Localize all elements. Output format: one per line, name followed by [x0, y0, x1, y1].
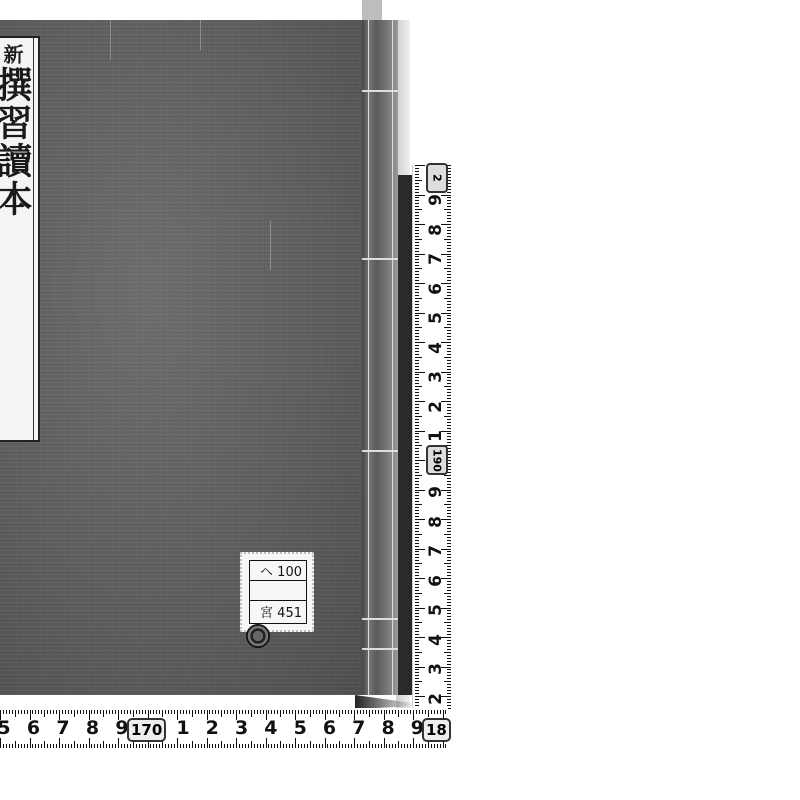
ruler-tick — [415, 531, 419, 532]
ruler-tick — [415, 619, 419, 620]
ruler-tick — [447, 575, 451, 576]
ruler-tick — [333, 744, 334, 748]
ruler-tick — [268, 710, 269, 714]
book-spine-binding — [362, 20, 398, 695]
ruler-tick — [415, 392, 419, 393]
ruler-tick — [91, 744, 92, 748]
ruler-tick — [447, 596, 451, 597]
ruler-tick — [415, 301, 419, 302]
ruler-tick — [133, 710, 134, 717]
ruler-tick — [27, 710, 28, 714]
ruler-tick — [415, 256, 419, 257]
ruler-tick — [415, 413, 419, 414]
ruler-tick — [415, 310, 419, 311]
ruler-tick — [415, 637, 425, 638]
ruler-tick — [192, 741, 193, 748]
ruler-tick — [378, 744, 379, 748]
ruler-tick — [415, 195, 425, 196]
ruler-tick — [224, 710, 225, 714]
ruler-tick — [447, 425, 451, 426]
ruler-tick — [130, 710, 131, 714]
ruler-tick — [447, 289, 451, 290]
ruler-tick — [80, 744, 81, 748]
ruler-tick — [447, 525, 451, 526]
ruler-tick — [18, 744, 19, 748]
ruler-tick — [447, 200, 451, 201]
ruler-tick — [415, 389, 419, 390]
ruler-tick — [251, 710, 252, 717]
ruler-tick — [447, 658, 451, 659]
ruler-tick — [336, 744, 337, 748]
ruler-tick — [415, 543, 419, 544]
ruler-tick — [56, 710, 57, 714]
ruler-tick — [447, 192, 451, 193]
ruler-tick — [415, 174, 419, 175]
ruler-tick — [242, 744, 243, 748]
ruler-tick — [447, 487, 451, 488]
ruler-tick — [447, 584, 451, 585]
ruler-tick — [30, 738, 31, 748]
ruler-tick — [415, 192, 419, 193]
title-char: 習 — [0, 104, 33, 142]
ruler-tick — [201, 710, 202, 714]
ruler-tick — [415, 433, 419, 434]
ruler-tick — [410, 744, 411, 748]
ruler-tick — [415, 298, 422, 299]
ruler-tick — [447, 693, 451, 694]
ruler-tick — [327, 744, 328, 748]
ruler-tick — [177, 738, 178, 748]
ruler-tick — [444, 681, 451, 682]
ruler-tick — [415, 330, 419, 331]
ruler-tick — [221, 710, 222, 717]
ruler-tick — [415, 560, 419, 561]
ruler-tick — [415, 454, 419, 455]
ruler-tick — [268, 744, 269, 748]
ruler-tick — [447, 419, 451, 420]
ruler-tick — [447, 345, 451, 346]
ruler-tick — [12, 710, 13, 714]
ruler-tick — [415, 669, 419, 670]
ruler-tick — [415, 404, 419, 405]
ruler-tick — [24, 710, 25, 714]
ruler-tick — [127, 744, 128, 748]
ruler-tick — [447, 610, 451, 611]
ruler-tick — [86, 710, 87, 714]
ruler-tick — [9, 710, 10, 714]
ruler-tick — [415, 557, 419, 558]
ruler-number: 4 — [426, 630, 446, 650]
ruler-tick — [404, 710, 405, 714]
ruler-tick — [447, 245, 451, 246]
ruler-tick — [15, 741, 16, 748]
ruler-tick — [437, 710, 438, 714]
ruler-tick — [415, 203, 419, 204]
ruler-tick — [447, 398, 451, 399]
ruler-tick — [447, 369, 451, 370]
ruler-tick — [221, 741, 222, 748]
ruler-tick — [415, 478, 419, 479]
ruler-tick — [209, 710, 210, 714]
ruler-tick — [156, 744, 157, 748]
ruler-tick — [415, 690, 419, 691]
ruler-tick — [245, 744, 246, 748]
ruler-tick — [401, 744, 402, 748]
ruler-number: 3 — [426, 659, 446, 679]
ruler-tick — [289, 744, 290, 748]
ruler-tick — [444, 475, 451, 476]
ruler-tick — [204, 744, 205, 748]
ruler-tick — [21, 744, 22, 748]
ruler-tick — [212, 744, 213, 748]
ruler-tick — [242, 710, 243, 714]
ruler-tick — [186, 710, 187, 714]
ruler-tick — [447, 363, 451, 364]
ruler-tick — [115, 744, 116, 748]
ruler-tick — [444, 593, 451, 594]
ruler-tick — [398, 741, 399, 748]
ruler-tick — [447, 374, 451, 375]
ruler-tick — [415, 363, 419, 364]
ruler-tick — [447, 554, 451, 555]
ruler-tick — [56, 744, 57, 748]
ruler-tick — [447, 395, 451, 396]
ruler-tick — [447, 664, 451, 665]
ruler-number: 1 — [426, 426, 446, 446]
ruler-tick — [263, 710, 264, 714]
ruler-tick — [389, 744, 390, 748]
ruler-tick — [348, 710, 349, 714]
ruler-tick — [245, 710, 246, 714]
ruler-tick — [422, 744, 423, 748]
ruler-tick — [280, 710, 281, 717]
ruler-tick — [142, 744, 143, 748]
ruler-tick — [447, 206, 451, 207]
ruler-tick — [447, 380, 451, 381]
ruler-tick — [277, 710, 278, 714]
ruler-tick — [415, 251, 419, 252]
ruler-tick — [415, 289, 419, 290]
ruler-tick — [415, 687, 419, 688]
scratch — [200, 20, 201, 50]
ruler-tick — [434, 710, 435, 714]
ruler-tick — [415, 646, 419, 647]
ruler-tick — [357, 710, 358, 714]
ruler-tick — [183, 744, 184, 748]
ruler-tick — [339, 741, 340, 748]
ruler-tick — [447, 310, 451, 311]
ruler-tick — [171, 744, 172, 748]
ruler-tick — [415, 566, 419, 567]
ruler-tick — [447, 678, 451, 679]
ruler-tick — [333, 710, 334, 714]
ruler-tick — [89, 738, 90, 748]
ruler-tick — [316, 710, 317, 714]
ruler-tick — [44, 741, 45, 748]
ruler-tick — [415, 274, 419, 275]
ruler-tick — [386, 744, 387, 748]
ruler-tick — [415, 215, 419, 216]
ruler-tick — [447, 242, 451, 243]
ruler-tick — [415, 625, 419, 626]
ruler-tick — [192, 710, 193, 717]
ruler-tick — [416, 744, 417, 748]
ruler-tick — [447, 522, 451, 523]
ruler-tick — [415, 372, 425, 373]
ruler-tick — [415, 492, 419, 493]
ruler-tick — [327, 710, 328, 714]
ruler-tick — [53, 744, 54, 748]
ruler-tick — [415, 475, 422, 476]
ruler-tick — [165, 710, 166, 714]
ruler-tick — [415, 610, 419, 611]
ruler-tick — [100, 744, 101, 748]
ruler-tick — [447, 265, 451, 266]
ruler-tick — [447, 315, 451, 316]
ruler-tick — [204, 710, 205, 714]
ruler-tick — [415, 628, 419, 629]
binding-stitch — [362, 648, 398, 650]
ruler-tick — [415, 608, 425, 609]
ruler-number: 9 — [426, 190, 446, 210]
ruler-tick — [15, 710, 16, 717]
ruler-tick — [375, 744, 376, 748]
ruler-tick — [298, 710, 299, 714]
ruler-tick — [124, 710, 125, 714]
ruler-tick — [215, 744, 216, 748]
ruler-tick — [447, 540, 451, 541]
ruler-tick — [372, 710, 373, 714]
ruler-tick — [415, 540, 419, 541]
ruler-tick — [447, 295, 451, 296]
ruler-tick — [145, 710, 146, 714]
ruler-tick — [389, 710, 390, 714]
ruler-tick — [447, 649, 451, 650]
ruler-tick — [415, 431, 425, 432]
ruler-tick — [415, 171, 419, 172]
ruler-tick — [447, 672, 451, 673]
ruler-tick — [415, 283, 425, 284]
ruler-tick — [212, 710, 213, 714]
ruler-tick — [447, 436, 451, 437]
ruler-tick — [354, 738, 355, 748]
ruler-tick — [71, 710, 72, 714]
ruler-tick — [447, 643, 451, 644]
ruler-tick — [440, 710, 441, 714]
ruler-tick — [360, 744, 361, 748]
ruler-number: 5 — [0, 717, 14, 739]
ruler-tick — [415, 304, 419, 305]
ruler-tick — [150, 744, 151, 748]
ruler-tick — [447, 498, 451, 499]
ruler-tick — [381, 710, 382, 714]
ruler-tick — [415, 504, 422, 505]
ruler-tick — [207, 738, 208, 748]
ruler-tick — [447, 274, 451, 275]
ruler-number: 1 — [173, 717, 193, 739]
ruler-tick — [384, 738, 385, 748]
ruler-tick — [162, 710, 163, 717]
ruler-tick — [139, 744, 140, 748]
ruler-tick — [415, 233, 419, 234]
ruler-tick — [198, 710, 199, 714]
ruler-tick — [415, 602, 419, 603]
vertical-ruler: 298765432119098765432 — [412, 165, 453, 710]
ruler-tick — [251, 741, 252, 748]
ruler-tick — [444, 622, 451, 623]
ruler-tick — [209, 744, 210, 748]
ruler-tick — [447, 404, 451, 405]
ruler-tick — [447, 318, 451, 319]
ruler-tick — [83, 744, 84, 748]
ruler-tick — [415, 469, 419, 470]
ruler-tick — [415, 436, 419, 437]
ruler-tick — [189, 710, 190, 714]
ruler-tick — [447, 197, 451, 198]
ruler-tick — [233, 710, 234, 714]
ruler-number: 3 — [232, 717, 252, 739]
ruler-tick — [415, 549, 425, 550]
ruler-tick — [415, 681, 422, 682]
ruler-tick — [153, 744, 154, 748]
ruler-tick — [398, 710, 399, 717]
ruler-tick — [94, 710, 95, 714]
ruler-number: 9 — [426, 482, 446, 502]
ruler-tick — [447, 233, 451, 234]
ruler-tick — [447, 428, 451, 429]
ruler-tick — [415, 537, 419, 538]
ruler-tick — [286, 710, 287, 714]
ruler-tick — [80, 710, 81, 714]
ruler-tick — [183, 710, 184, 714]
ruler-tick — [415, 336, 419, 337]
ruler-tick — [180, 710, 181, 714]
ruler-tick — [165, 744, 166, 748]
ruler-tick — [369, 741, 370, 748]
library-label: ヘ 100 宮 451 — [240, 552, 314, 632]
ruler-tick — [415, 354, 419, 355]
ruler-tick — [378, 710, 379, 714]
ruler-number: 5 — [290, 717, 310, 739]
ruler-tick — [447, 389, 451, 390]
ruler-tick — [215, 710, 216, 714]
ruler-tick — [248, 744, 249, 748]
ruler-tick — [415, 416, 422, 417]
ruler-tick — [415, 407, 419, 408]
ruler-tick — [112, 710, 113, 714]
ruler-tick — [447, 348, 451, 349]
ruler-tick — [227, 710, 228, 714]
ruler-tick — [415, 658, 419, 659]
ruler-tick — [447, 227, 451, 228]
ruler-tick — [447, 566, 451, 567]
ruler-tick — [118, 738, 119, 748]
ruler-tick — [422, 710, 423, 714]
ruler-tick — [415, 242, 419, 243]
ruler-tick — [415, 189, 419, 190]
ruler-tick — [447, 336, 451, 337]
ruler-tick — [18, 710, 19, 714]
ruler-tick — [447, 407, 451, 408]
ruler-tick — [415, 534, 422, 535]
ruler-number: 8 — [426, 220, 446, 240]
ruler-tick — [71, 744, 72, 748]
ruler-tick — [447, 699, 451, 700]
ruler-tick — [415, 165, 425, 166]
ruler-tick — [415, 425, 419, 426]
ruler-tick — [227, 744, 228, 748]
ruler-number: 8 — [426, 512, 446, 532]
ruler-tick — [447, 602, 451, 603]
ruler-tick — [195, 744, 196, 748]
ruler-tick — [133, 741, 134, 748]
ruler-tick — [201, 744, 202, 748]
ruler-tick — [447, 236, 451, 237]
ruler-tick — [375, 710, 376, 714]
ruler-tick — [307, 710, 308, 714]
ruler-tick — [415, 265, 419, 266]
ruler-tick — [50, 744, 51, 748]
ruler-tick — [345, 710, 346, 714]
ruler-tick — [298, 744, 299, 748]
ruler-tick — [415, 643, 419, 644]
ruler-tick — [289, 710, 290, 714]
ruler-tick — [254, 710, 255, 714]
ruler-tick — [415, 613, 419, 614]
ruler-tick — [271, 710, 272, 714]
ruler-tick — [447, 339, 451, 340]
ruler-tick — [415, 484, 419, 485]
ruler-tick — [447, 277, 451, 278]
ruler-tick — [415, 522, 419, 523]
ruler-tick — [415, 327, 422, 328]
binding-thread — [392, 20, 393, 695]
ruler-tick — [363, 744, 364, 748]
ruler-tick — [395, 744, 396, 748]
ruler-tick — [415, 584, 419, 585]
ruler-tick — [444, 652, 451, 653]
ruler-tick — [392, 744, 393, 748]
ruler-tick — [415, 369, 419, 370]
ruler-tick — [224, 744, 225, 748]
ruler-tick — [319, 710, 320, 714]
ruler-tick — [369, 710, 370, 717]
ruler-tick — [357, 744, 358, 748]
ruler-tick — [195, 710, 196, 714]
horizontal-ruler: 5678917012345678918 — [0, 708, 448, 750]
ruler-tick — [121, 744, 122, 748]
ruler-tick — [415, 324, 419, 325]
ruler-tick — [415, 419, 419, 420]
ruler-tick — [415, 528, 419, 529]
ruler-tick — [41, 710, 42, 714]
ruler-tick — [415, 377, 419, 378]
ruler-tick — [415, 224, 425, 225]
ruler-tick — [35, 710, 36, 714]
ruler-tick — [6, 710, 7, 714]
ruler-tick — [97, 744, 98, 748]
ruler-tick — [447, 587, 451, 588]
ruler-tick — [415, 702, 419, 703]
ruler-tick — [230, 710, 231, 714]
ruler-tick — [415, 280, 419, 281]
ruler-tick — [415, 451, 419, 452]
ruler-tick — [447, 230, 451, 231]
ruler-tick — [401, 710, 402, 714]
ruler-tick — [447, 702, 451, 703]
ruler-tick — [415, 398, 419, 399]
ruler-tick — [434, 744, 435, 748]
